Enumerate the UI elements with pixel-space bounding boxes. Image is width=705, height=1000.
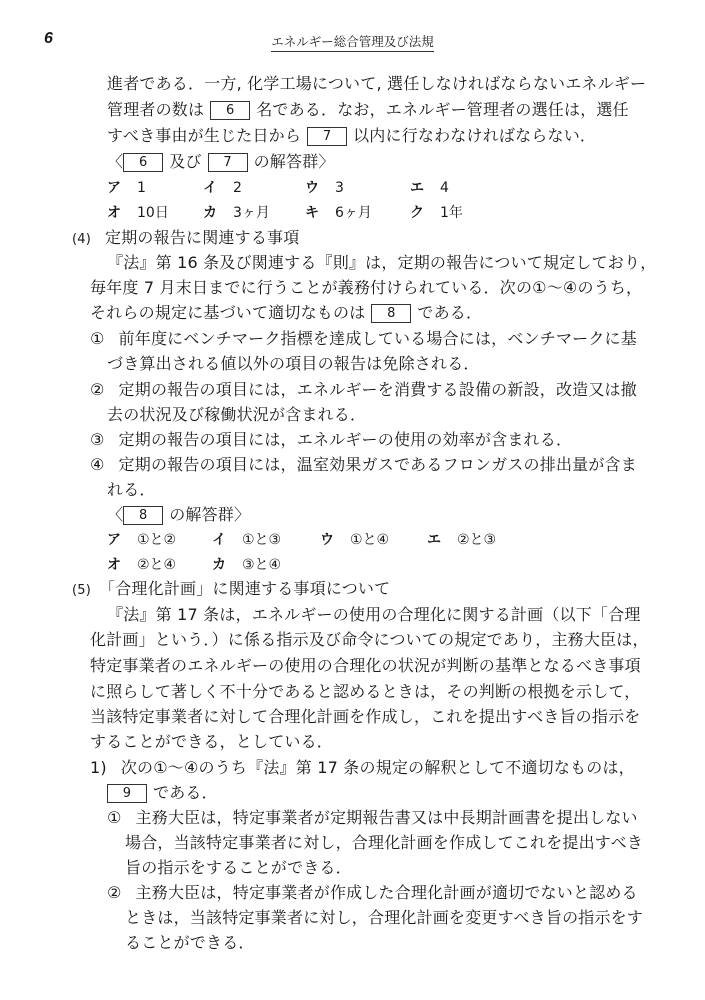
option-i: イ①と③	[212, 528, 281, 552]
section-5-item-1-cont-1: 場合，当該特定事業者に対し，合理化計画を作成してこれを提出すべき	[125, 831, 643, 855]
option-ka: カ③と④	[212, 553, 281, 577]
answer-box-8: 8	[371, 304, 411, 323]
section-5-para-2: 化計画」という．）に係る指示及び命令についての規定であり，主務大臣は，	[90, 628, 649, 652]
option-u: ウ3	[305, 176, 344, 200]
answer-box-9: 9	[107, 784, 147, 803]
section-5-para-5: 当該特定事業者に対して合理化計画を作成し，これを提出すべき旨の指示を	[90, 705, 640, 729]
section-4-heading: (4)定期の報告に関連する事項	[72, 226, 299, 252]
section-4-para-1: 『法』第 16 条及び関連する『則』は，定期の報告について規定しており，	[107, 251, 656, 275]
section-5-item-1: ①主務大臣は，特定事業者が定期報告書又は中長期計画書を提出しない	[107, 806, 638, 830]
section-5-para-1: 『法』第 17 条は，エネルギーの使用の合理化に関する計画（以下「合理	[107, 603, 641, 627]
section-4-item-3: ③定期の報告の項目には，エネルギーの使用の効率が含まれる．	[90, 428, 572, 452]
intro-line-1: 進者である．一方, 化学工場について, 選任しなければならないエネルギー	[107, 72, 646, 96]
intro-line-3: すべき事由が生じた日から7以内に行なわなければならない．	[107, 124, 596, 148]
option-o: オ②と④	[107, 553, 176, 577]
answer-group-6-7-heading: 〈6及び7の解答群〉	[107, 150, 335, 174]
section-5-item-2: ②主務大臣は，特定事業者が作成した合理化計画が適切でないと認める	[107, 881, 638, 905]
option-e: エ②と③	[427, 528, 496, 552]
section-5-para-4: に照らして著しく不十分であると認めるときは，その判断の根拠を示して，	[90, 680, 640, 704]
answer-box-6: 6	[210, 101, 250, 120]
option-a: ア①と②	[107, 528, 176, 552]
section-4-item-1: ①前年度にベンチマーク指標を達成している場合には，ベンチマークに基	[90, 327, 637, 351]
intro-line-2: 管理者の数は6名である．なお，エネルギー管理者の選任は，選任	[107, 98, 629, 122]
option-ku: ク1年	[410, 201, 463, 225]
section-5-item-1-cont-2: 旨の指示をすることができる．	[125, 856, 352, 880]
section-4-item-4: ④定期の報告の項目には，温室効果ガスであるフロンガスの排出量が含ま	[90, 453, 637, 477]
section-4-item-2-cont: 去の状況及び稼働状況が含まれる．	[107, 403, 366, 427]
option-u: ウ①と④	[320, 528, 389, 552]
running-title: エネルギー総合管理及び法規	[0, 32, 705, 50]
section-5-heading: (5)「合理化計画」に関連する事項について	[72, 577, 390, 603]
option-e: エ4	[410, 176, 449, 200]
option-o: オ10日	[107, 201, 169, 225]
answer-group-8-heading: 〈8の解答群〉	[107, 503, 250, 527]
option-ka: カ3ヶ月	[203, 201, 270, 225]
option-a: ア1	[107, 176, 146, 200]
section-5-item-2-cont-1: ときは，当該特定事業者に対し，合理化計画を変更すべき旨の指示をす	[125, 906, 643, 930]
section-4-item-4-cont: れる．	[107, 478, 156, 502]
answer-box-7: 7	[307, 127, 347, 146]
section-4-item-1-cont: づき算出される値以外の項目の報告は免除される．	[107, 352, 480, 376]
section-5-para-6: することができる，としている．	[90, 730, 333, 754]
section-4-item-2: ②定期の報告の項目には，エネルギーを消費する設備の新設，改造又は撤	[90, 378, 637, 402]
option-i: イ2	[203, 176, 242, 200]
question-1: 1)次の①～④のうち『法』第 17 条の規定の解釈として不適切なものは，	[90, 756, 635, 780]
section-4-para-2: 毎年度 7 月末日までに行うことが義務付けられている．次の①～④のうち，	[90, 276, 642, 300]
section-4-para-3: それらの規定に基づいて適切なものは8である．	[90, 301, 482, 325]
section-5-para-3: 特定事業者のエネルギーの使用の合理化の状況が判断の基準となるべき事項	[90, 654, 641, 678]
question-1-cont: 9である．	[107, 781, 218, 805]
option-ki: キ6ヶ月	[305, 201, 372, 225]
section-5-item-2-cont-2: ることができる．	[125, 931, 255, 955]
